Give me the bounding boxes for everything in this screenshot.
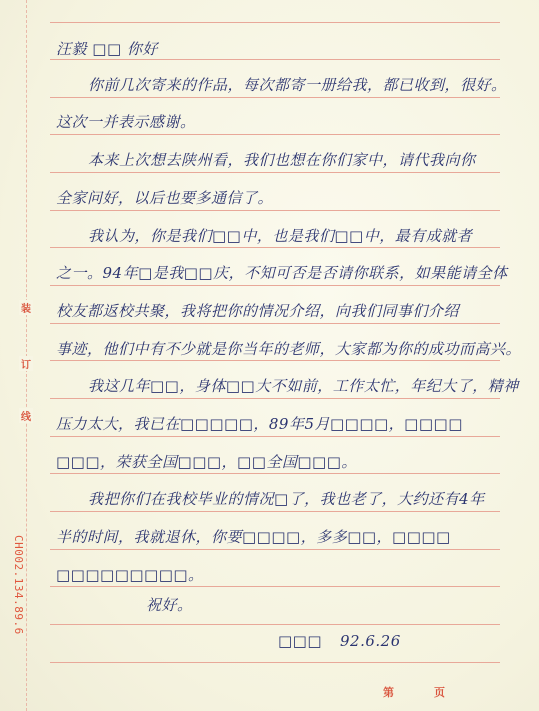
signature: □□□ [278,632,322,650]
letter-line: 本来上次想去陕州看，我们也想在你们家中，请代我向你 [88,149,476,170]
binding-label-xian: 线 [19,408,33,423]
rule-line [50,398,500,399]
rule-line [50,247,500,248]
letter-line: 事迹，他们中有不少就是你当年的老师，大家都为你的成功而高兴。 [56,338,521,359]
letter-line: □□□□□□□□□。 [56,564,204,585]
letter-paper: 装 订 线 CH002.134.89.6 汪毅 □□ 你好 你前几次寄来的作品，… [0,0,539,711]
rule-line [50,172,500,173]
letter-line: 之一。94年□是我□□庆，不知可否是否请你联系，如果能请全体 [56,262,508,283]
letter-line: 压力太大，我已在□□□□□，89年5月□□□□，□□□□ [56,413,463,434]
letter-line: 我认为，你是我们□□中，也是我们□□中，最有成就者 [88,225,472,246]
page-label-suffix: 页 [434,684,445,700]
letter-line: □□□，荣获全国□□□，□□全国□□□。 [56,451,357,472]
letter-line: 这次一并表示感谢。 [56,111,196,132]
rule-line [50,323,500,324]
letter-date: 92.6.26 [340,632,401,650]
rule-line [50,210,500,211]
rule-line [50,59,500,60]
rule-line [50,22,500,23]
rule-line [50,662,500,663]
letter-line: 我这几年□□，身体□□大不如前，工作太忙，年纪大了，精神 [88,375,519,396]
rule-line [50,586,500,587]
closing: 祝好。 [146,594,193,615]
rule-line [50,97,500,98]
binding-label-zhuang: 装 [19,300,33,315]
rule-line [50,511,500,512]
page-label-prefix: 第 [383,684,394,700]
rule-line [50,436,500,437]
letter-line: 你前几次寄来的作品，每次都寄一册给我，都已收到，很好。 [88,74,507,95]
rule-line [50,285,500,286]
letter-line: 半的时间，我就退休，你要□□□□，多多□□，□□□□ [56,526,451,547]
letter-line: 校友都返校共聚，我将把你的情况介绍，向我们同事们介绍 [56,300,459,321]
rule-line [50,360,500,361]
rule-line [50,473,500,474]
rule-line [50,134,500,135]
letter-line: 全家问好，以后也要多通信了。 [56,187,273,208]
rule-line [50,624,500,625]
archive-stamp: CH002.134.89.6 [12,535,25,635]
letter-line: 我把你们在我校毕业的情况□了，我也老了，大约还有4年 [88,488,485,509]
binding-label-ding: 订 [19,356,33,371]
salutation: 汪毅 □□ 你好 [56,38,158,59]
rule-line [50,549,500,550]
